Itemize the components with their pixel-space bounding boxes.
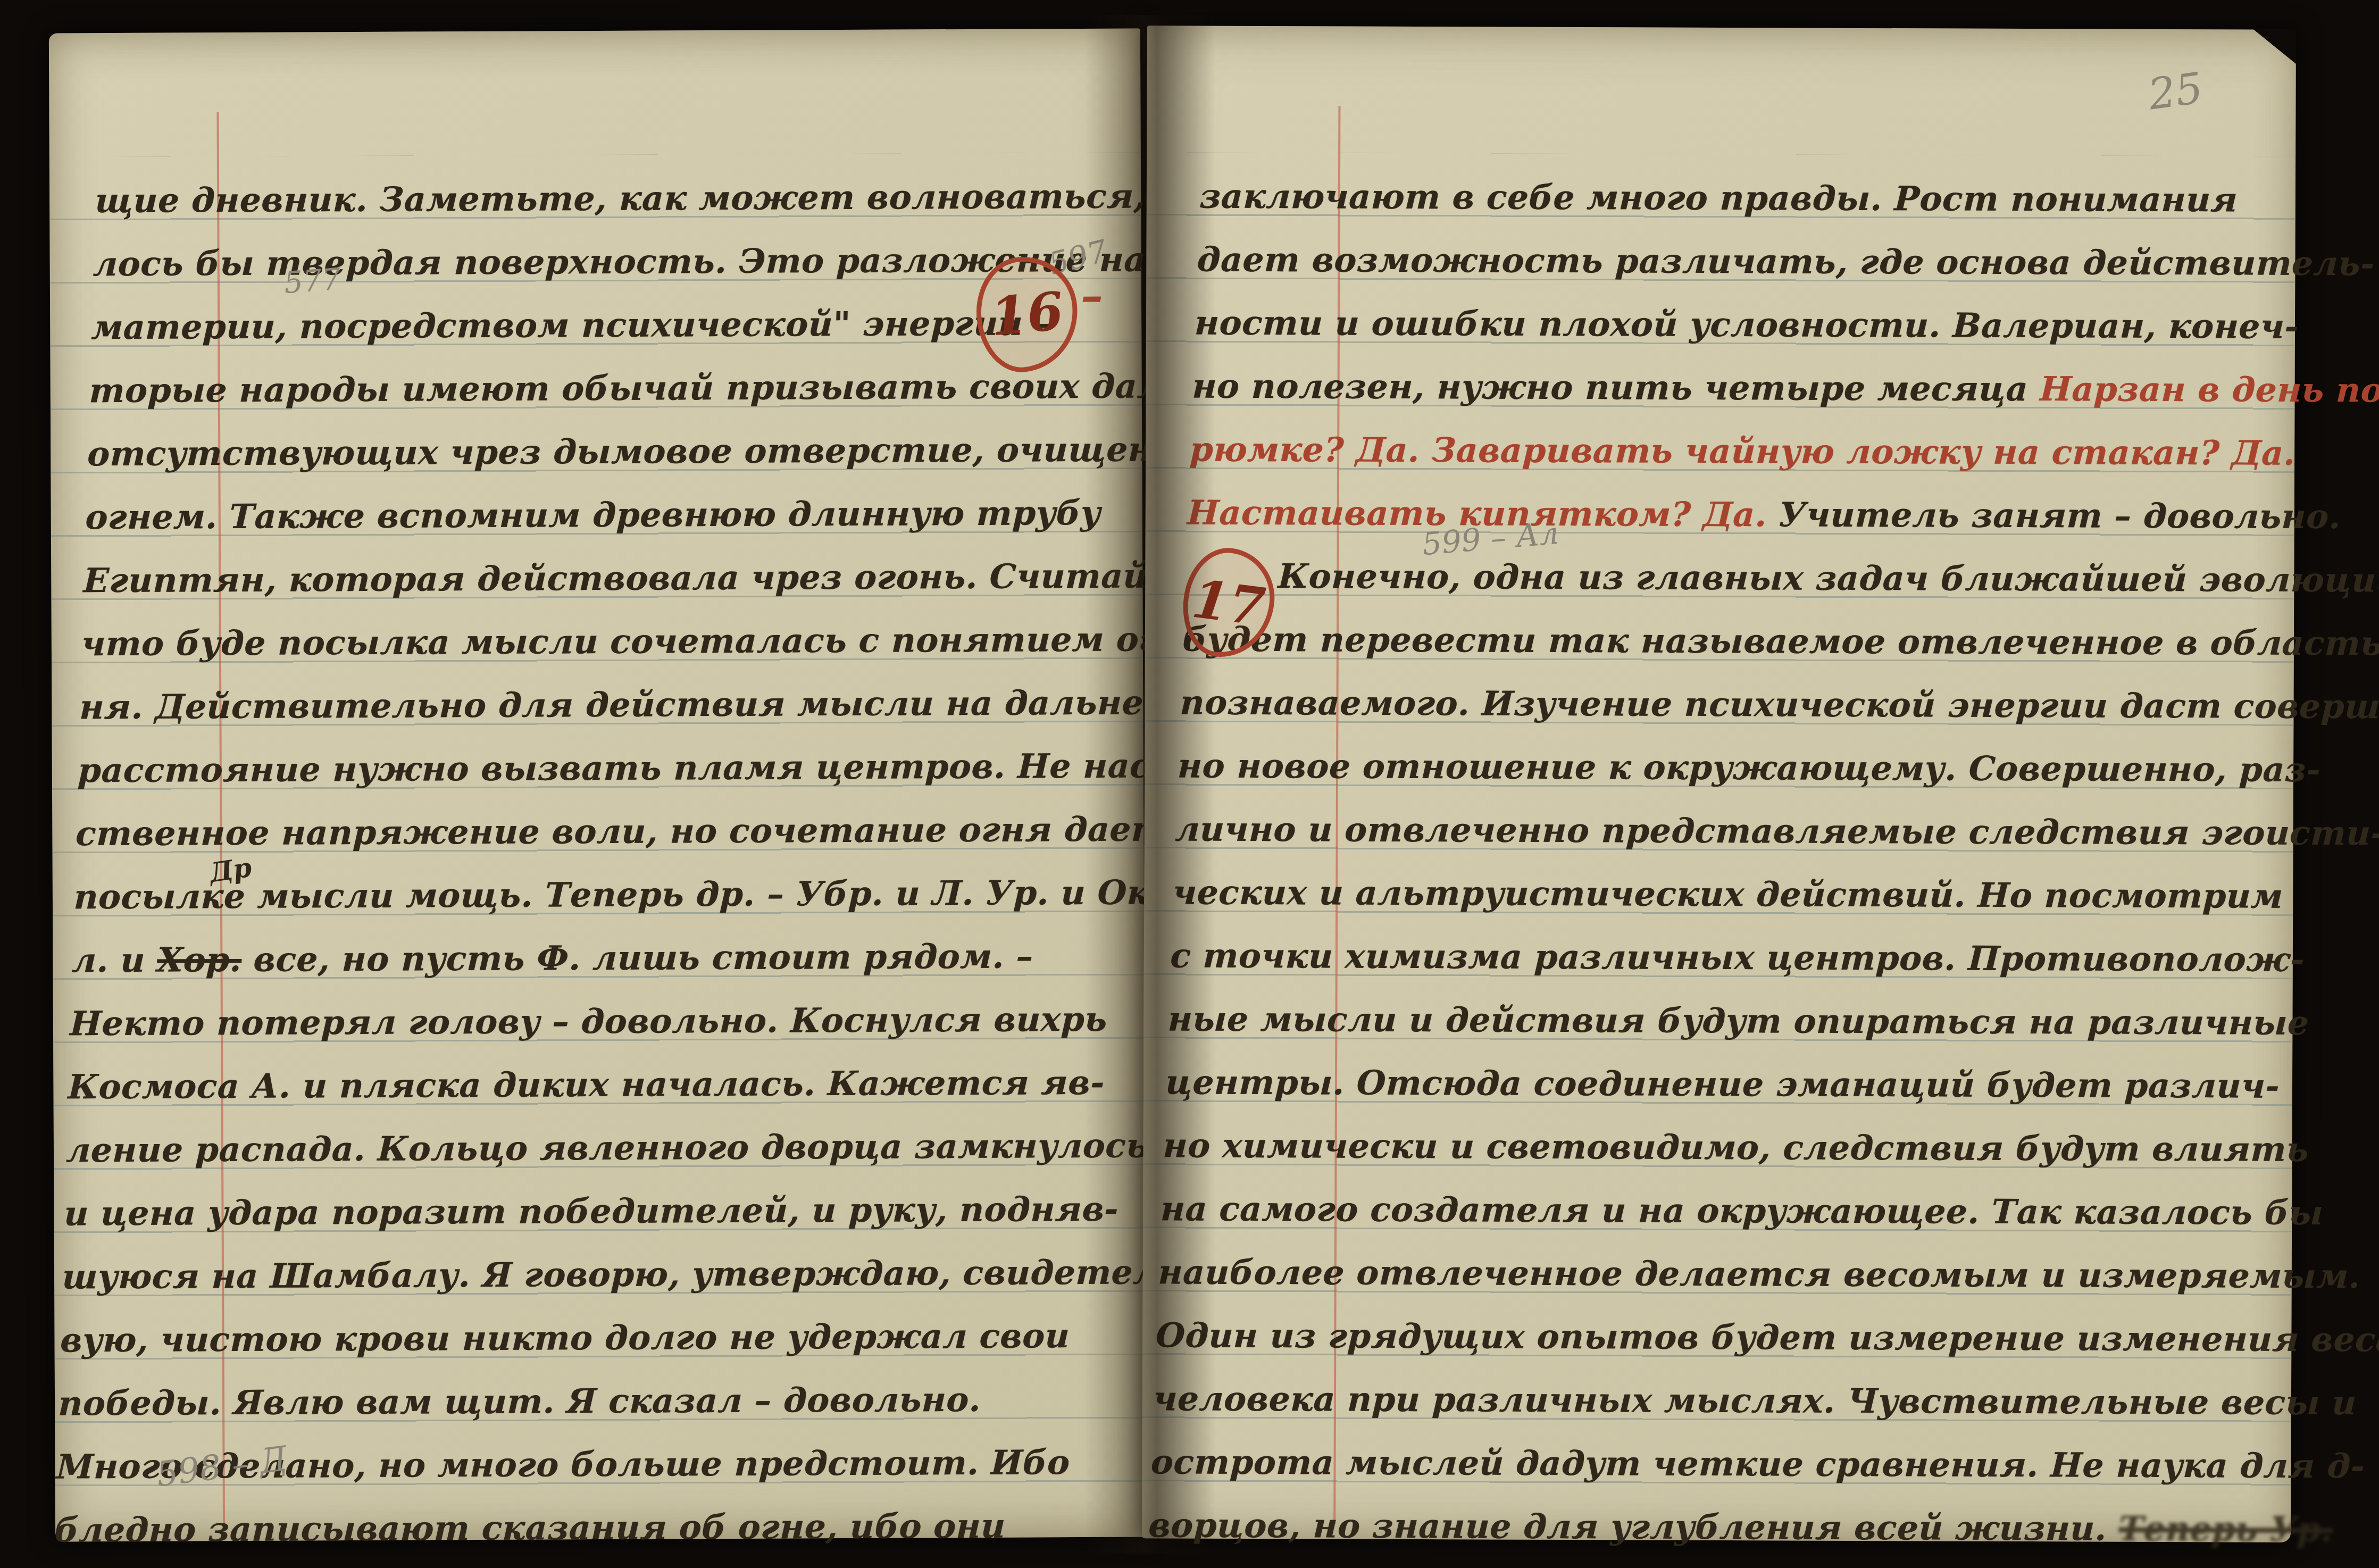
- handwritten-line: ческих и альтруистических действий. Но п…: [1172, 861, 2289, 928]
- handwritten-line: Космоса А. и пляска диких началась. Каже…: [67, 1051, 1134, 1119]
- handwritten-line: огнем. Также вспомним древнюю длинную тр…: [85, 481, 1151, 549]
- paragraph-16-number: 16: [988, 280, 1066, 348]
- handwritten-line: победы. Явлю вам щит. Я сказал – довольн…: [57, 1367, 1124, 1436]
- handwritten-line: торые народы имеют обычай призывать свои…: [88, 354, 1155, 422]
- handwritten-line: рюмке? Да. Заваривать чайную ложку на ст…: [1189, 418, 2306, 485]
- handwritten-line: человека при различных мыслях. Чувствите…: [1152, 1367, 2269, 1434]
- page-number: 25: [2146, 63, 2206, 120]
- handwritten-line: л. и Хор. все, но пусть Ф. лишь стоит ря…: [71, 924, 1138, 992]
- inserted-correction: Др: [207, 852, 254, 889]
- handwritten-line: ня. Действительно для действия мысли на …: [79, 671, 1146, 739]
- handwritten-line: Настаивать кипятком? Да. Учитель занят –…: [1186, 481, 2303, 548]
- handwritten-line: что буде посылка мысли сочеталась с поня…: [81, 607, 1148, 675]
- book-gutter-shadow: [1085, 15, 1215, 1554]
- pencil-number-577: 577: [283, 262, 342, 301]
- handwritten-line: будет перевести так называемое отвлеченн…: [1181, 607, 2299, 674]
- handwritten-line: расстояние нужно вызвать пламя центров. …: [77, 735, 1143, 803]
- photo-backdrop: щие дневник. Заметьте, как может волнова…: [0, 0, 2379, 1568]
- handwritten-line: заключают в себе много правды. Рост пони…: [1198, 165, 2316, 232]
- handwritten-line: и цена удара поразит победителей, и руку…: [63, 1178, 1130, 1246]
- handwritten-line: но новое отношение к окружающему. Соверш…: [1176, 734, 2294, 801]
- handwritten-line: на самого создателя и на окружающее. Так…: [1159, 1177, 2277, 1244]
- handwritten-line: Некто потерял голову – довольно. Коснулс…: [69, 988, 1136, 1056]
- handwritten-line: бледно записывают сказания об огне, ибо …: [54, 1494, 1121, 1562]
- handwritten-line: ление распада. Кольцо явленного дворца з…: [65, 1114, 1132, 1182]
- left-page: щие дневник. Заметьте, как может волнова…: [49, 29, 1147, 1542]
- handwritten-line: Конечно, одна из главных задач ближайшей…: [1184, 545, 2301, 612]
- handwritten-line: но полезен, нужно пить четыре месяца Нар…: [1191, 355, 2308, 422]
- right-page: заключают в себе много правды. Рост пони…: [1142, 26, 2296, 1542]
- torn-corner: [2253, 29, 2297, 64]
- handwritten-line: лично и отвлеченно представляемые следст…: [1174, 797, 2291, 864]
- handwritten-line: но химически и световидимо, следствия бу…: [1162, 1114, 2280, 1181]
- handwritten-line: дает возможность различать, где основа д…: [1196, 228, 2314, 295]
- handwritten-line: ные мысли и действия будут опираться на …: [1167, 987, 2284, 1054]
- handwritten-line: наиболее отвлеченное делается весомым и …: [1157, 1240, 2274, 1307]
- handwritten-line: ворцов, но знание для углубления всей жи…: [1147, 1494, 2265, 1561]
- handwritten-line: Египтян, которая действовала чрез огонь.…: [82, 544, 1149, 612]
- handwritten-line: ности и ошибки плохой условности. Валери…: [1193, 291, 2311, 358]
- handwritten-line: познаваемого. Изучение психической энерг…: [1179, 671, 2297, 738]
- handwritten-line: с точки химизма различных центров. Проти…: [1169, 924, 2286, 991]
- right-page-text: заключают в себе много правды. Рост пони…: [1147, 165, 2316, 1561]
- handwritten-line: вую, чистою крови никто долго не удержал…: [60, 1304, 1126, 1372]
- handwritten-line: центры. Отсюда соединение эманаций будет…: [1164, 1050, 2282, 1117]
- handwritten-line: отсутствующих чрез дымовое отверстие, оч…: [86, 418, 1153, 486]
- handwritten-line: острота мыслей дадут четкие сравнения. Н…: [1150, 1430, 2267, 1497]
- handwritten-line: шуюся на Шамбалу. Я говорю, утверждаю, с…: [61, 1241, 1128, 1309]
- handwritten-line: щие дневник. Заметьте, как может волнова…: [94, 164, 1161, 232]
- handwritten-line: Один из грядущих опытов будет измерение …: [1155, 1304, 2272, 1371]
